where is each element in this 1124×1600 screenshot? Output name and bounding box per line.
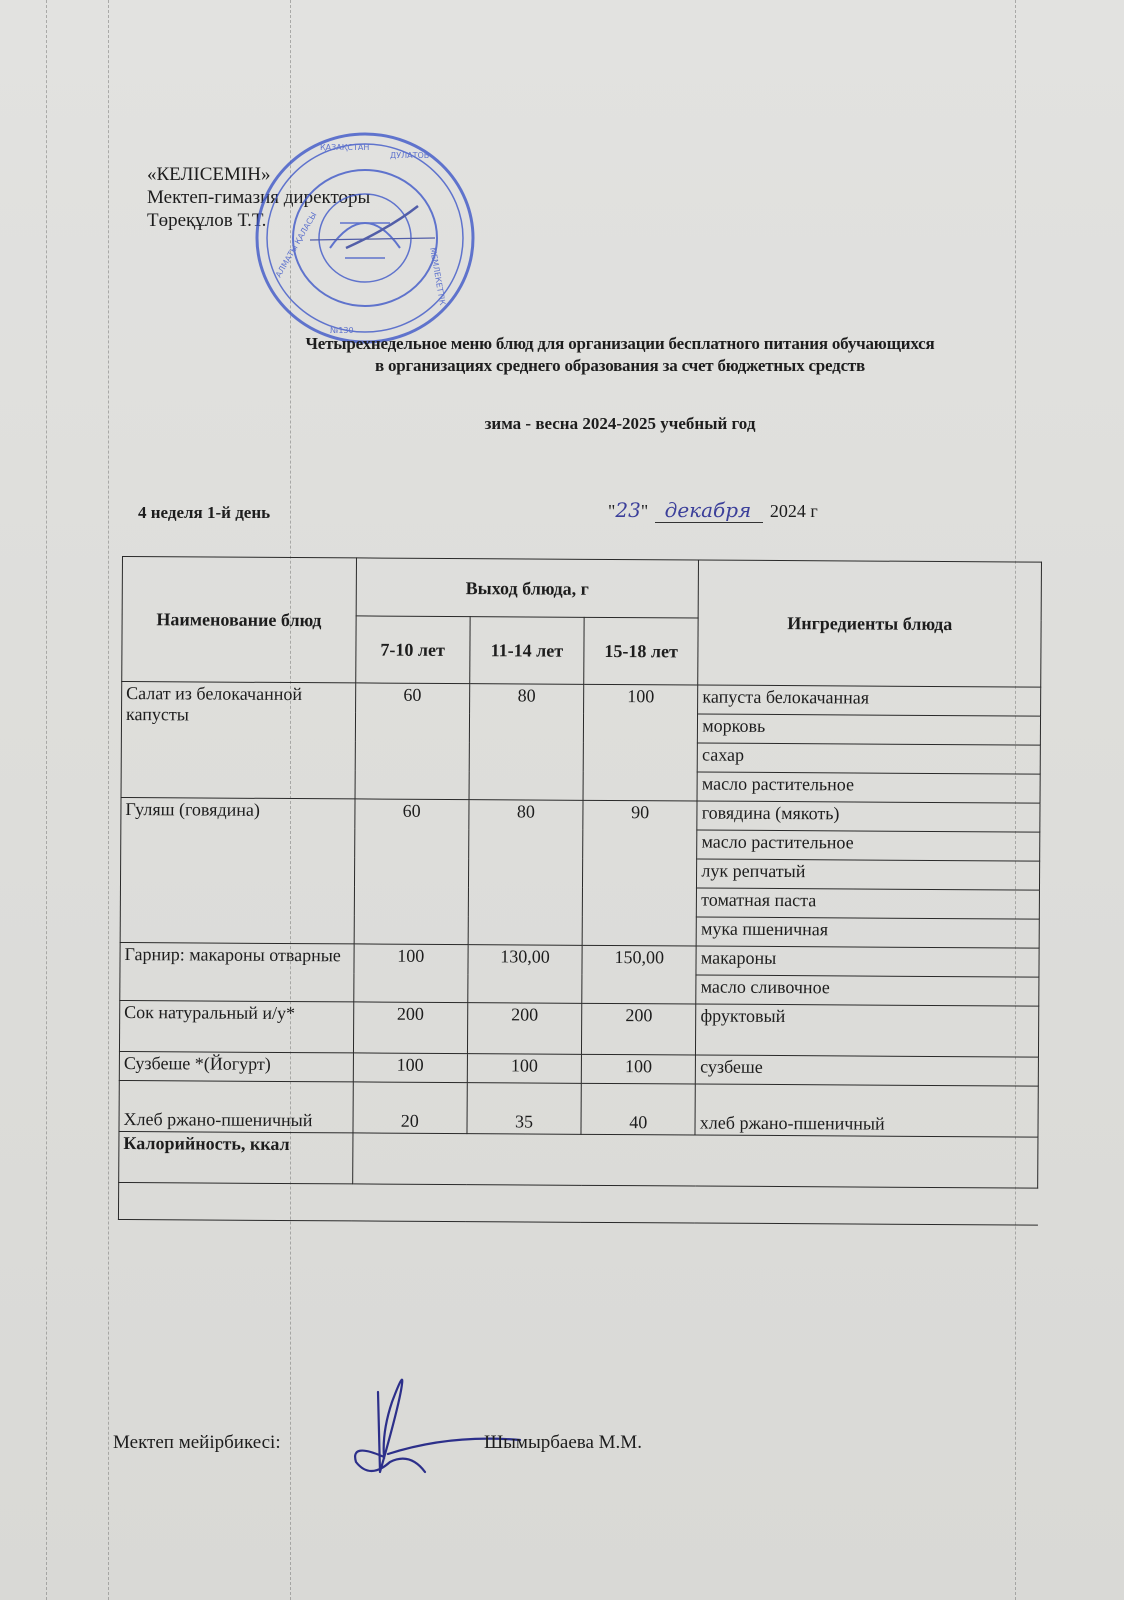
- table-row: Гуляш (говядина)608090говядина (мякоть): [121, 797, 1040, 832]
- yield-11-14: 80: [469, 684, 584, 801]
- yield-11-14: 100: [467, 1054, 581, 1084]
- table-row: Салат из белокачанной капусты6080100капу…: [122, 682, 1041, 717]
- yield-7-10: 100: [353, 944, 468, 1003]
- calories-label: Калорийность, ккал: [119, 1131, 353, 1183]
- yield-15-18: 90: [582, 800, 697, 946]
- ingredient: макароны: [696, 946, 1039, 977]
- signature-icon: [330, 1362, 530, 1482]
- official-stamp-icon: ҚАЗАҚСТАН ДУЛАТОВ АЛМАТЫ ҚАЛАСЫ МЕМЛЕКЕТ…: [250, 128, 480, 348]
- date-day: 23: [615, 498, 640, 522]
- date-year: 2024 г: [770, 501, 818, 521]
- ingredient: сахар: [697, 743, 1040, 774]
- blank-row: [118, 1182, 1037, 1225]
- yield-7-10: 60: [354, 799, 469, 945]
- blank-cell: [118, 1182, 1037, 1225]
- ingredient: фруктовый: [696, 1004, 1039, 1057]
- yield-11-14: 80: [468, 800, 583, 946]
- header-age-15-18: 15-18 лет: [584, 617, 699, 685]
- ingredient: сузбеше: [696, 1055, 1039, 1086]
- svg-text:МЕМЛЕКЕТТІК: МЕМЛЕКЕТТІК: [428, 247, 447, 306]
- calories-row: Калорийность, ккал: [119, 1131, 1038, 1188]
- header-yield: Выход блюда, г: [356, 558, 699, 618]
- header-dish-name: Наименование блюд: [122, 557, 356, 683]
- paper-fold-line: [46, 0, 47, 1600]
- ingredient: масло сливочное: [696, 975, 1039, 1006]
- yield-11-14: 35: [467, 1083, 582, 1135]
- yield-15-18: 150,00: [582, 945, 697, 1004]
- date-line: "23" декабря 2024 г: [608, 498, 818, 523]
- document-title: Четырехнедельное меню блюд для организац…: [200, 333, 1040, 377]
- dish-name: Салат из белокачанной капусты: [121, 682, 355, 799]
- ingredient: масло растительное: [697, 772, 1040, 803]
- signature-name: Шымырбаева М.М.: [484, 1432, 642, 1454]
- ingredient: лук репчатый: [697, 859, 1040, 890]
- calories-value: [352, 1133, 1038, 1188]
- dish-name: Хлеб ржано-пшеничный: [119, 1080, 353, 1132]
- yield-7-10: 100: [353, 1053, 467, 1083]
- signature-role: Мектеп мейірбикесі:: [113, 1432, 281, 1454]
- ingredient: капуста белокачанная: [698, 685, 1041, 716]
- dish-name: Гарнир: макароны отварные: [120, 942, 354, 1001]
- yield-15-18: 200: [582, 1003, 697, 1055]
- yield-7-10: 200: [353, 1002, 468, 1054]
- header-ingredients: Ингредиенты блюда: [698, 560, 1041, 687]
- yield-11-14: 130,00: [468, 945, 583, 1004]
- ingredient: хлеб ржано-пшеничный: [695, 1084, 1038, 1137]
- yield-7-10: 20: [353, 1082, 468, 1134]
- table-row: Гарнир: макароны отварные100130,00150,00…: [120, 942, 1039, 977]
- title-line-2: в организациях среднего образования за с…: [200, 355, 1040, 377]
- paper-fold-line: [108, 0, 109, 1600]
- menu-table: Наименование блюд Выход блюда, г Ингреди…: [118, 556, 1042, 1226]
- ingredient: томатная паста: [697, 888, 1040, 919]
- dish-name: Гуляш (говядина): [120, 797, 355, 943]
- yield-15-18: 40: [581, 1083, 696, 1135]
- date-month: декабря: [655, 498, 764, 523]
- svg-text:АЛМАТЫ ҚАЛАСЫ: АЛМАТЫ ҚАЛАСЫ: [274, 211, 319, 279]
- season-label: зима - весна 2024-2025 учебный год: [200, 414, 1040, 434]
- menu-table-body: Салат из белокачанной капусты6080100капу…: [118, 682, 1040, 1226]
- yield-15-18: 100: [581, 1054, 695, 1084]
- header-age-11-14: 11-14 лет: [470, 617, 585, 685]
- yield-7-10: 60: [355, 683, 470, 800]
- table-row: Сок натуральный и/у*200200200фруктовый: [119, 1000, 1038, 1057]
- ingredient: масло растительное: [697, 830, 1040, 861]
- quote-close: ": [641, 501, 648, 521]
- ingredient: морковь: [698, 714, 1041, 745]
- svg-text:ДУЛАТОВ: ДУЛАТОВ: [390, 151, 429, 160]
- yield-11-14: 200: [467, 1003, 582, 1055]
- dish-name: Сузбеше *(Йогурт): [119, 1051, 353, 1081]
- ingredient: говядина (мякоть): [697, 801, 1040, 832]
- table-row: Хлеб ржано-пшеничный203540хлеб ржано-пше…: [119, 1080, 1038, 1137]
- svg-text:ҚАЗАҚСТАН: ҚАЗАҚСТАН: [320, 143, 369, 152]
- week-day-label: 4 неделя 1-й день: [138, 503, 270, 523]
- ingredient: мука пшеничная: [696, 917, 1039, 948]
- dish-name: Сок натуральный и/у*: [119, 1000, 353, 1052]
- title-line-1: Четырехнедельное меню блюд для организац…: [200, 333, 1040, 355]
- yield-15-18: 100: [583, 684, 698, 801]
- header-age-7-10: 7-10 лет: [355, 616, 470, 684]
